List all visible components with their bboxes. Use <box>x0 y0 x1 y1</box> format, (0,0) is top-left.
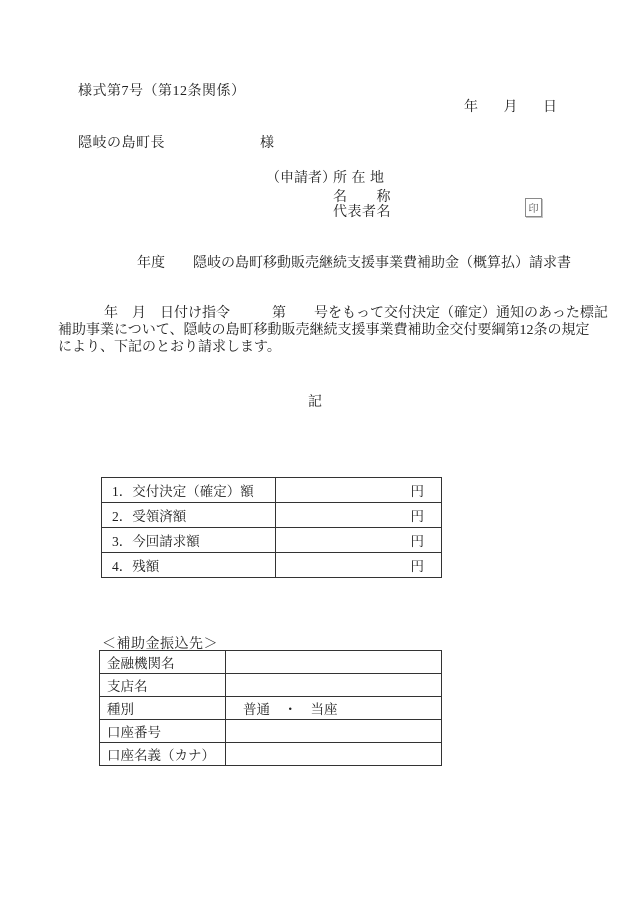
amount-table: 1．交付決定（確定）額 円 2．受領済額 円 3．今回請求額 円 4．残額 円 <box>101 477 442 578</box>
amount-table-row: 1．交付決定（確定）額 円 <box>102 478 442 503</box>
bank-table-row: 金融機関名 <box>100 651 442 674</box>
amount-row-label: 2．受領済額 <box>102 503 276 528</box>
date-day-label: 日 <box>543 96 557 116</box>
bank-row-value-cell <box>226 651 442 674</box>
amount-row-label: 1．交付決定（確定）額 <box>102 478 276 503</box>
body-line-1: 年 月 日付け指令 第 号をもって交付決定（確定）通知のあった標記 <box>58 305 578 322</box>
bank-table-row: 口座名義（カナ） <box>100 743 442 766</box>
bank-table-row: 種別 普通 ・ 当座 <box>100 697 442 720</box>
amount-row-value-cell: 円 <box>276 553 442 578</box>
document-page: 様式第7号（第12条関係） 年 月 日 隠岐の島町長 様 （申請者） 所 在 地… <box>0 0 630 903</box>
amount-table-row: 4．残額 円 <box>102 553 442 578</box>
amount-unit: 円 <box>411 559 425 574</box>
bank-table: 金融機関名 支店名 種別 普通 ・ 当座 口座番号 口座名義（カナ） <box>99 650 442 766</box>
date-year-label: 年 <box>464 96 478 116</box>
body-paragraph: 年 月 日付け指令 第 号をもって交付決定（確定）通知のあった標記 補助事業につ… <box>58 305 578 356</box>
addressee-honorific: 様 <box>260 132 274 152</box>
bank-row-label: 口座番号 <box>100 720 226 743</box>
body-line-3: により、下記のとおり請求します。 <box>58 339 578 356</box>
bank-row-label: 金融機関名 <box>100 651 226 674</box>
date-month-label: 月 <box>504 96 518 116</box>
body-line-2: 補助事業について、隠岐の島町移動販売継続支援事業費補助金交付要綱第12条の規定 <box>58 322 578 339</box>
amount-row-label: 4．残額 <box>102 553 276 578</box>
addressee-name: 隠岐の島町長 <box>78 132 165 152</box>
bank-row-value-cell <box>226 674 442 697</box>
bank-row-value-cell <box>226 720 442 743</box>
bank-row-label: 種別 <box>100 697 226 720</box>
applicant-label: （申請者） <box>266 167 336 187</box>
applicant-representative-label: 代表者名 <box>333 201 391 221</box>
bank-row-label: 口座名義（カナ） <box>100 743 226 766</box>
seal-label: 印 <box>529 200 539 215</box>
amount-table-row: 3．今回請求額 円 <box>102 528 442 553</box>
bank-row-value-cell <box>226 743 442 766</box>
amount-unit: 円 <box>411 534 425 549</box>
document-title: 年度 隠岐の島町移動販売継続支援事業費補助金（概算払）請求書 <box>137 252 571 272</box>
amount-row-value-cell: 円 <box>276 528 442 553</box>
bank-row-value-cell: 普通 ・ 当座 <box>226 697 442 720</box>
date-line: 年 月 日 <box>464 96 557 116</box>
form-number: 様式第7号（第12条関係） <box>78 80 246 100</box>
amount-row-value-cell: 円 <box>276 503 442 528</box>
bank-table-row: 口座番号 <box>100 720 442 743</box>
bank-row-label: 支店名 <box>100 674 226 697</box>
bank-table-row: 支店名 <box>100 674 442 697</box>
record-mark: 記 <box>0 391 630 411</box>
amount-table-row: 2．受領済額 円 <box>102 503 442 528</box>
amount-unit: 円 <box>411 484 425 499</box>
amount-row-label: 3．今回請求額 <box>102 528 276 553</box>
applicant-address-label: 所 在 地 <box>333 167 385 187</box>
amount-unit: 円 <box>411 509 425 524</box>
seal-box: 印 <box>525 198 542 217</box>
amount-row-value-cell: 円 <box>276 478 442 503</box>
